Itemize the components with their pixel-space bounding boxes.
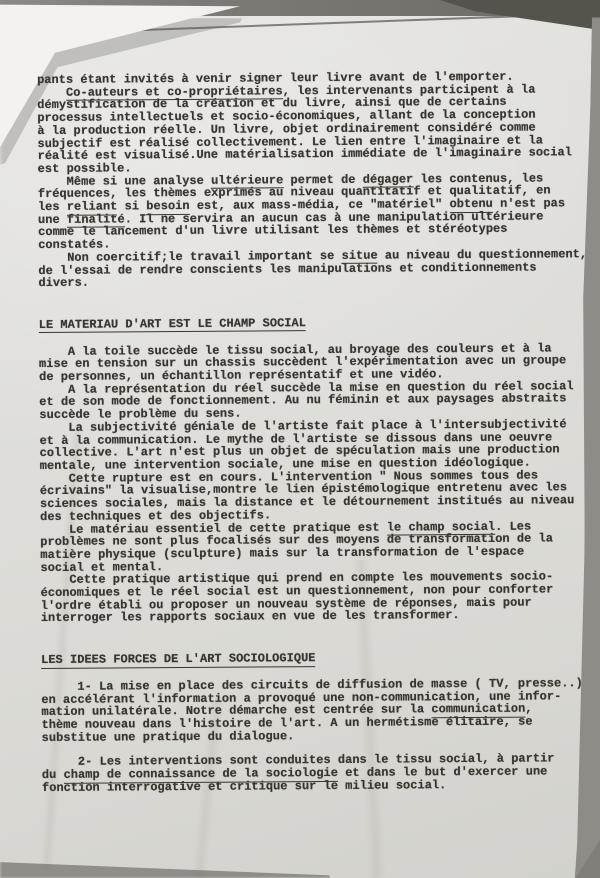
text-line: substitue une pratique du dialogue.	[42, 728, 594, 745]
paragraph: 1- La mise en place des circuits de diff…	[41, 677, 593, 744]
text-line: LE MATERIAU D'ART EST LE CHAMP SOCIAL	[39, 315, 591, 332]
paragraph: La subjectivité géniale de l'artiste fai…	[39, 418, 591, 473]
text-run: fonction interrogative et critique sur l…	[42, 778, 446, 795]
section-heading: LES IDEES FORCES DE L'ART SOCIOLOGIQUE	[41, 650, 593, 667]
paragraph: A la toile succède le tissu social, au b…	[39, 342, 591, 384]
underlined-text: LES IDEES FORCES DE L'ART SOCIOLOGIQUE	[41, 651, 316, 668]
paragraph: Cette pratique artistique qui prend en c…	[40, 570, 592, 625]
section-heading: LE MATERIAU D'ART EST LE CHAMP SOCIAL	[39, 315, 591, 332]
text-run: divers.	[38, 276, 89, 290]
paragraph: Le matériau essentiel de cette pratique …	[40, 520, 592, 575]
text-line: LES IDEES FORCES DE L'ART SOCIOLOGIQUE	[41, 650, 593, 667]
paragraph: Même si une analyse ultérieure permet de…	[38, 172, 591, 252]
text-line: interroger les rapports sociaux en vue d…	[41, 609, 593, 626]
paragraph: Co-auteurs et co-propriétaires, les inte…	[37, 83, 590, 176]
paragraph: Cette rupture est en cours. L'interventi…	[40, 469, 592, 524]
text-run: interroger les rapports sociaux en vue d…	[41, 608, 460, 625]
typewritten-text: pants étant invités à venir signer leur …	[37, 70, 594, 794]
photo-of-typewritten-page: { "colors": { "paper": "#dfdeda", "ink":…	[0, 0, 600, 878]
underlined-text: LE MATERIAU D'ART EST LE CHAMP SOCIAL	[39, 316, 306, 333]
paragraph: 2- Les interventions sont conduites dans…	[42, 752, 594, 794]
paragraph: Non coercitif;le travail important se si…	[38, 248, 590, 290]
paragraph: A la représentation du réel succède la m…	[39, 380, 591, 422]
text-run: substitue une pratique du dialogue.	[42, 729, 295, 745]
